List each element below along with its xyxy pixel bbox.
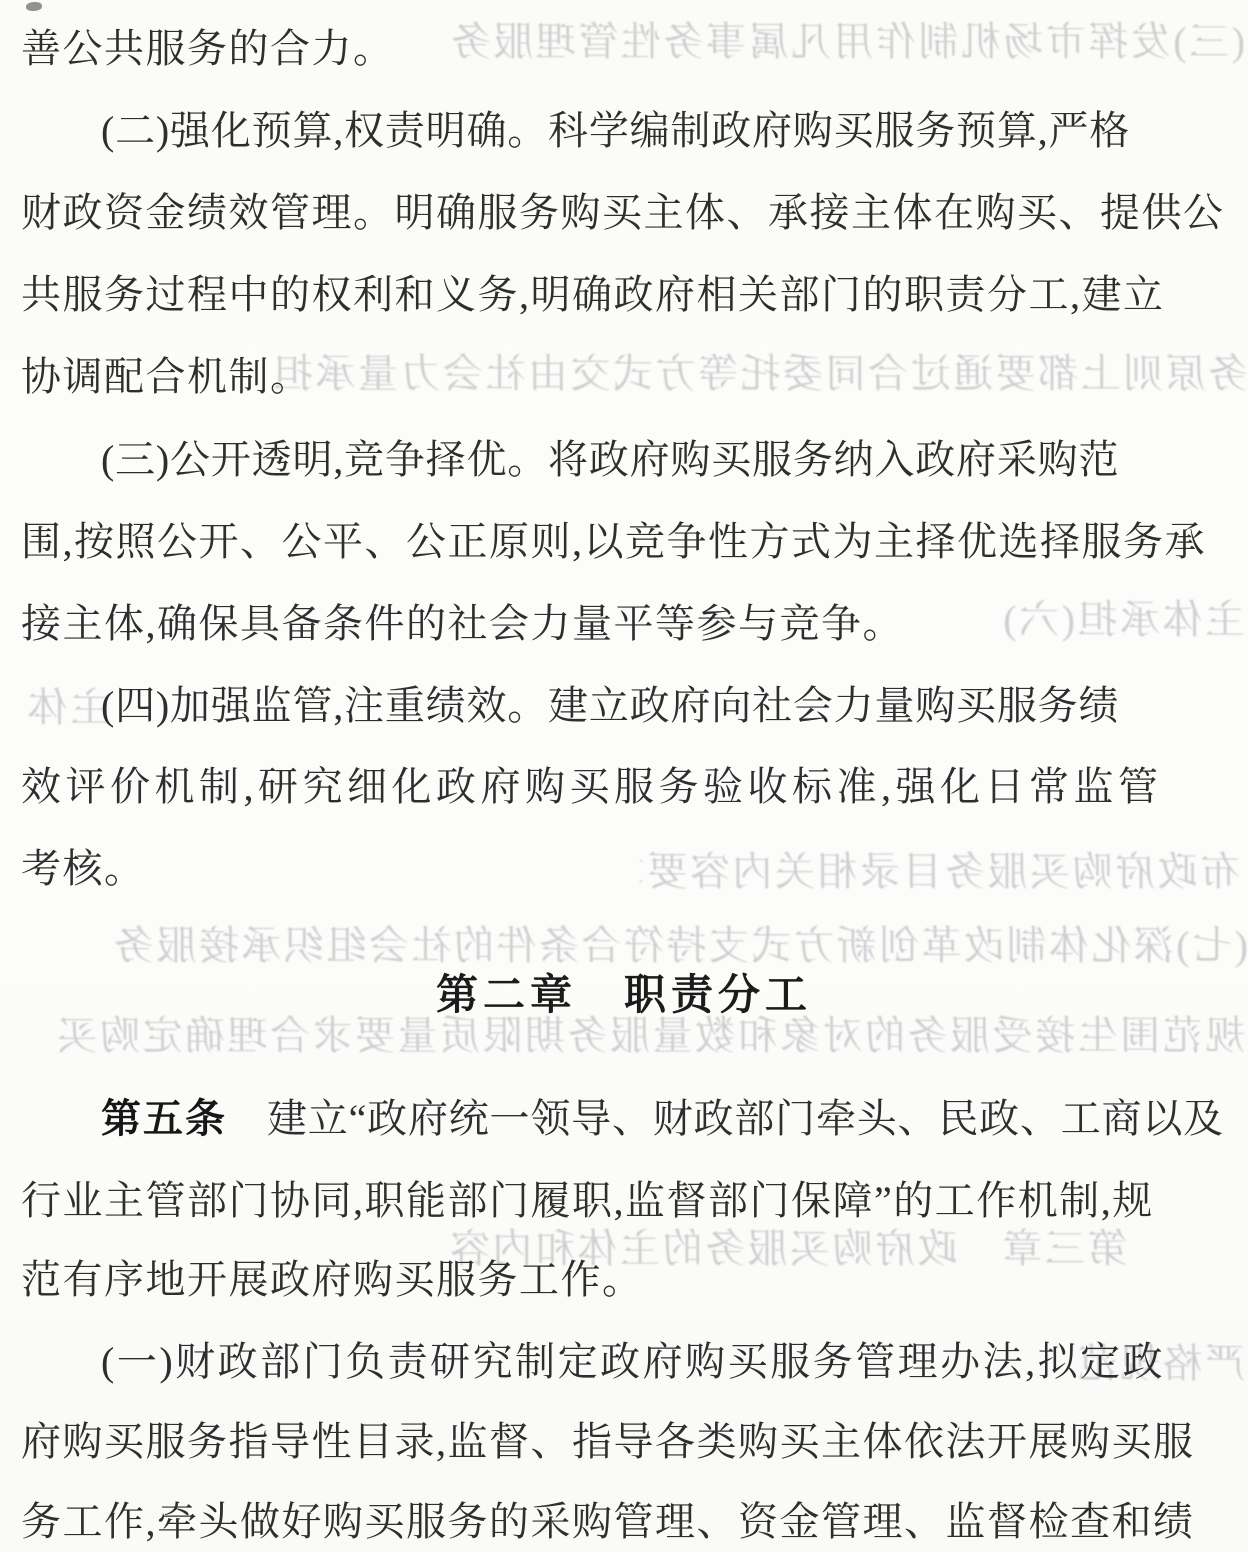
bleedthrough-line: 主体 xyxy=(2,684,110,734)
doc-line: 第五条建立“政府统一领导、财政部门牵头、民政、工商以及 xyxy=(101,1095,1224,1143)
doc-line: 范有序地开展政府购买服务工作。 xyxy=(21,1256,644,1303)
doc-line: 财政资金绩效管理。明确服务购买主体、承接主体在购买、提供公 xyxy=(21,189,1225,236)
bleedthrough-line: (七)深化体制改革创新方式支持符合条件的社会组织承接服务 xyxy=(15,922,1248,972)
doc-line: 围,按照公开、公平、公正原则,以竞争性方式为主择优选择服务承 xyxy=(21,518,1206,565)
doc-line: 共服务过程中的权利和义务,明确政府相关部门的职责分工,建立 xyxy=(21,271,1165,318)
doc-line: 效评价机制,研究细化政府购买服务验收标准,强化日常监管 xyxy=(21,763,1163,810)
bleedthrough-line: 布政府购买服务目录相关内容要求 xyxy=(640,848,1240,898)
doc-line: (四)加强监管,注重绩效。建立政府向社会力量购买服务绩 xyxy=(101,682,1119,729)
doc-line: 接主体,确保具备条件的社会力量平等参与竞争。 xyxy=(21,600,904,647)
bleedthrough-line: 规范围生接受服务的对象和数量服务期限质量要求合理确定购买 xyxy=(0,1012,1245,1062)
doc-line-text: 建立“政府统一领导、财政部门牵头、民政、工商以及 xyxy=(267,1096,1224,1141)
doc-line: 府购买服务指导性目录,监督、指导各类购买主体依法开展购买服 xyxy=(21,1418,1195,1465)
doc-line: 务工作,牵头做好购买服务的采购管理、资金管理、监督检查和绩 xyxy=(21,1498,1195,1545)
doc-line: (二)强化预算,权责明确。科学编制政府购买服务预算,严格 xyxy=(101,107,1130,154)
chapter-heading: 第二章 职责分工 xyxy=(0,972,1248,1018)
bleedthrough-line: (三)发挥市场机制作用凡属事务性管理服务 xyxy=(420,18,1245,68)
doc-line: 行业主管部门协同,职能部门履职,监督部门保障”的工作机制,规 xyxy=(21,1177,1154,1224)
page-scan: (三)发挥市场机制作用凡属事务性管理服务 务原则上都要通过合同委托等方式交由社会… xyxy=(0,0,1248,1552)
doc-line: 善公共服务的合力。 xyxy=(21,25,395,72)
doc-line: (三)公开透明,竞争择优。将政府购买服务纳入政府采购范 xyxy=(101,436,1119,483)
bleedthrough-line: 务原则上都要通过合同委托等方式交由社会力量承担 xyxy=(235,350,1248,400)
bleedthrough-line: 主体承担(六) xyxy=(950,596,1245,646)
doc-line: 协调配合机制。 xyxy=(21,353,312,400)
scan-artifact xyxy=(26,2,42,11)
article-number: 第五条 xyxy=(101,1096,227,1142)
doc-line: (一)财政部门负责研究制定政府购买服务管理办法,拟定政 xyxy=(101,1338,1165,1385)
doc-line: 考核。 xyxy=(21,845,146,892)
